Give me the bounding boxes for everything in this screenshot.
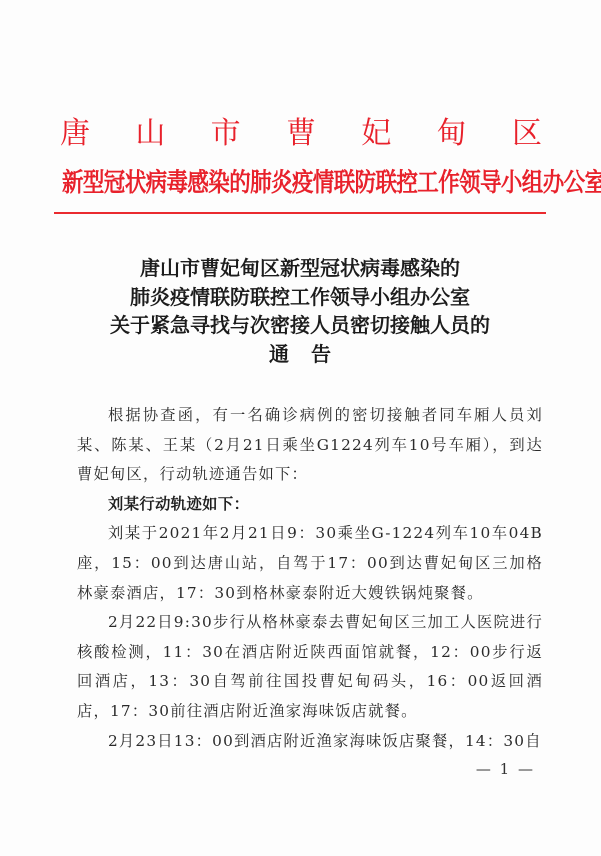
section-heading: 刘某行动轨迹如下： [77,490,543,520]
letterhead-char: 唐 [60,116,90,152]
letterhead-char: 甸 [437,116,467,152]
letterhead-org-name: 唐 山 市 曹 妃 甸 区 [60,116,542,152]
body-paragraph: 刘某于2021年2月21日9：30乘坐G-1224列车10车04B座，15：00… [77,519,543,608]
page-number: — 1 — [476,760,535,778]
document-body: 根据协查函，有一名确诊病例的密切接触者同车厢人员刘某、陈某、王某（2月21日乘坐… [77,401,543,756]
document-page: 唐 山 市 曹 妃 甸 区 新型冠状病毒感染的肺炎疫情联防联控工作领导小组办公室… [0,0,601,856]
title-line: 通告 [60,340,540,369]
letterhead-char: 妃 [361,116,391,152]
body-paragraph: 2月23日13：00到酒店附近渔家海味饭店聚餐，14：30自 [77,727,543,757]
letterhead-char: 区 [512,116,542,152]
title-line: 肺炎疫情联防联控工作领导小组办公室 [60,283,540,312]
title-line: 唐山市曹妃甸区新型冠状病毒感染的 [60,254,540,283]
letterhead-char: 曹 [286,116,316,152]
letterhead-char: 山 [135,116,165,152]
letterhead-office-name: 新型冠状病毒感染的肺炎疫情联防联控工作领导小组办公室 [62,164,538,204]
title-line: 关于紧急寻找与次密接人员密切接触人员的 [60,311,540,340]
document-title: 唐山市曹妃甸区新型冠状病毒感染的 肺炎疫情联防联控工作领导小组办公室 关于紧急寻… [60,254,540,368]
intro-paragraph: 根据协查函，有一名确诊病例的密切接触者同车厢人员刘某、陈某、王某（2月21日乘坐… [77,401,543,490]
body-paragraph: 2月22日9:30步行从格林豪泰去曹妃甸区三加工人医院进行核酸检测，11：30在… [77,608,543,726]
letterhead-char: 市 [211,116,241,152]
letterhead-red-divider [54,212,546,214]
